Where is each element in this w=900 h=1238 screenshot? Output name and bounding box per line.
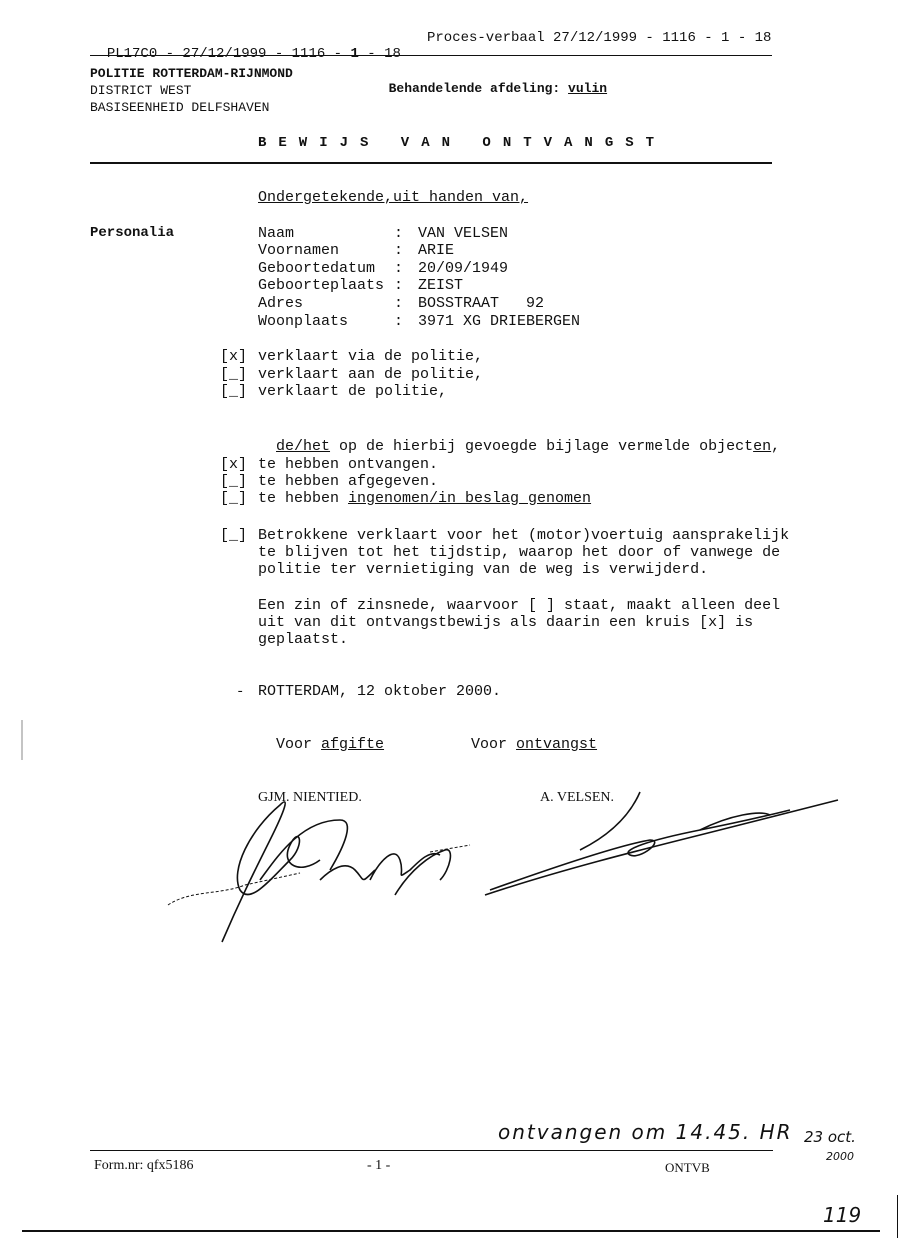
form-number: Form.nr: qfx5186 [94, 1158, 194, 1174]
footer-code: ONTVB [665, 1160, 710, 1176]
handwritten-received-note: ontvangen om 14.45. HR [498, 1120, 793, 1144]
signature-right-icon [485, 792, 838, 895]
right-border [897, 1195, 898, 1238]
footer-divider [90, 1150, 773, 1151]
handwritten-received-date-1: 23 oct. [804, 1128, 856, 1146]
handwritten-received-date-2: 2000 [826, 1150, 854, 1163]
footer-page: - 1 - [367, 1158, 390, 1174]
signature-left-icon [168, 802, 470, 942]
signature-drawings [0, 0, 900, 1238]
handwritten-page-number: 119 [823, 1203, 861, 1227]
bottom-border [22, 1230, 880, 1232]
